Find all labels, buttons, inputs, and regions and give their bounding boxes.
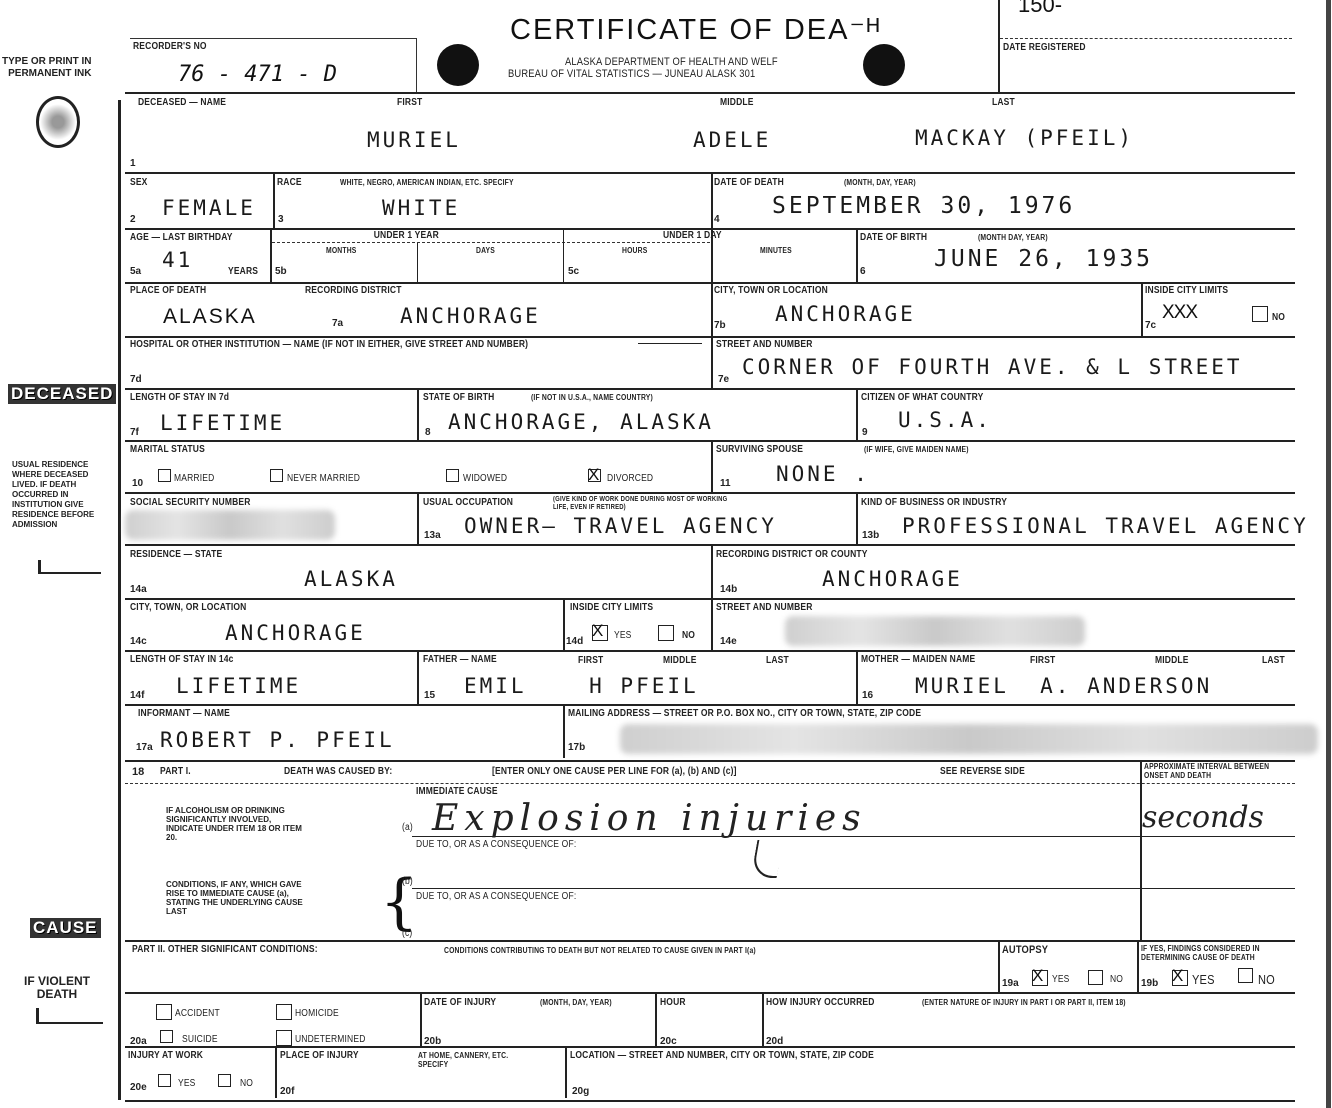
violent-death-label: IF VIOLENT DEATH [12,975,102,1001]
seal-stamp-icon [36,96,80,148]
under-year-label: UNDER 1 YEAR [374,230,439,241]
item-number: 7b [714,320,726,331]
cause-a-interval: seconds [1142,800,1264,835]
business-value: PROFESSIONAL TRAVEL AGENCY [902,514,1309,538]
under-day-label: UNDER 1 DAY [663,230,722,241]
residence-city-label: CITY, TOWN, OR LOCATION [130,602,246,613]
certificate-title: CERTIFICATE OF DEA⁻ᴴ [510,12,881,47]
divider [125,992,1295,994]
divider [125,650,1295,652]
divider [711,546,713,598]
item-number: 3 [278,214,284,225]
item-number: 4 [714,214,720,225]
due-to-label: DUE TO, OR AS A CONSEQUENCE OF: [416,839,576,850]
item-number: 5a [130,266,141,277]
punch-hole-icon [863,44,905,86]
interval-label: APPROXIMATE INTERVAL BETWEEN ONSET AND D… [1144,762,1289,780]
race-hint: WHITE, NEGRO, AMERICAN INDIAN, ETC. SPEC… [340,178,514,187]
divider [125,492,1295,494]
father-last-label: LAST [766,655,789,666]
widowed-label: WIDOWED [463,473,507,484]
item-number: 7a [332,318,343,329]
date-registered-label: DATE REGISTERED [1003,42,1086,53]
accident-label: ACCIDENT [175,1008,220,1019]
mailing-address-label: MAILING ADDRESS — STREET OR P.O. BOX NO.… [568,708,921,719]
sex-value: FEMALE [162,196,256,220]
sex-label: SEX [130,177,148,188]
divider [125,760,1295,762]
divider [565,1048,567,1098]
citizen-value: U.S.A. [898,408,992,432]
father-first-label: FIRST [578,655,603,666]
divorced-label: DIVORCED [607,473,653,484]
arrow-right-icon [36,1008,103,1024]
divider [711,284,713,336]
cause-b-label: (b) [402,876,413,887]
mother-name-value: MURIEL A. ANDERSON [915,674,1212,698]
due-to-label: DUE TO, OR AS A CONSEQUENCE OF: [416,891,576,902]
marital-status-label: MARITAL STATUS [130,444,205,455]
injury-date-hint: (MONTH, DAY, YEAR) [540,998,612,1007]
item-number: 10 [132,478,143,489]
divider [125,1100,1295,1102]
middle-name-value: ADELE [693,128,771,152]
item-number: 7d [130,374,142,385]
divider [711,442,713,492]
recorder-number-label: RECORDER'S NO [133,41,207,52]
no-option-label: NO [1258,972,1275,987]
arrow-right-icon [638,343,702,344]
item-number: 13a [424,530,441,541]
injury-date-label: DATE OF INJURY [424,997,496,1008]
divider [125,282,1295,284]
days-label: DAYS [476,246,495,255]
length-of-stay-label: LENGTH OF STAY IN 7d [130,392,229,403]
months-label: MONTHS [326,246,356,255]
suicide-checkbox[interactable] [160,1030,173,1043]
place-of-injury-hint: AT HOME, CANNERY, ETC. SPECIFY [418,1051,537,1069]
state-of-birth-label: STATE OF BIRTH [423,392,494,403]
item-number: 18 [132,766,144,778]
item-number: 1 [130,158,136,169]
hours-label: HOURS [622,246,647,255]
last-name-label: LAST [992,97,1015,108]
yes-option-label: YES [178,1078,196,1089]
occupation-value: OWNER— TRAVEL AGENCY [464,514,777,538]
item-number: 8 [425,427,431,438]
race-value: WHITE [382,196,460,220]
divider [417,243,418,282]
item-number: 11 [720,478,731,489]
item-number: 17b [568,742,585,753]
hour-label: HOUR [660,997,686,1008]
divider [563,230,564,282]
last-name-value: MACKAY (PFEIL) [915,126,1134,150]
how-injury-hint: (ENTER NATURE OF INJURY IN PART I OR PAR… [922,998,1126,1007]
ink-instruction: TYPE OR PRINT IN PERMANENT INK [2,56,91,80]
middle-name-label: MIDDLE [720,97,754,108]
cause-a-value: Explosion injuries [432,798,867,839]
divider [125,704,1295,706]
date-of-death-label: DATE OF DEATH [714,177,784,188]
item-number: 15 [424,690,435,701]
mother-first-label: FIRST [1030,655,1055,666]
ink-instruction-line-1: TYPE OR PRINT IN [2,56,91,68]
residence-note: USUAL RESIDENCE WHERE DECEASED LIVED. IF… [12,460,108,530]
punch-hole-icon [437,44,479,86]
item-number: 19a [1002,978,1019,989]
state-of-birth-hint: (IF NOT IN U.S.A., NAME COUNTRY) [531,393,653,402]
item-number: 20g [572,1086,589,1097]
name-label: DECEASED — NAME [138,97,226,108]
father-middle-label: MIDDLE [663,655,697,666]
findings-yes-checkbox[interactable] [1172,970,1188,986]
undetermined-checkbox[interactable] [276,1030,292,1046]
divider [275,1048,277,1098]
surviving-spouse-label: SURVIVING SPOUSE [716,444,803,455]
injury-at-work-yes-checkbox[interactable] [158,1074,171,1087]
immediate-cause-label: IMMEDIATE CAUSE [416,786,498,797]
mother-label: MOTHER — MAIDEN NAME [861,654,975,665]
date-of-birth-hint: (MONTH DAY, YEAR) [978,233,1048,242]
item-number: 14d [566,636,583,647]
findings-no-checkbox[interactable] [1238,968,1253,983]
how-injury-label: HOW INJURY OCCURRED [766,997,875,1008]
yes-option-label: YES [1192,972,1215,987]
divider [417,390,419,440]
yes-option-label: YES [1052,974,1070,985]
item-number: 14c [130,636,147,647]
mother-last-label: LAST [1262,655,1285,666]
divider [856,494,858,544]
divider [1140,760,1142,940]
item-number: 20e [130,1082,147,1093]
residence-inside-no-checkbox[interactable] [658,625,674,641]
item-number: 14b [720,584,737,595]
divider [762,994,764,1046]
item-number: 14a [130,584,147,595]
suicide-label: SUICIDE [182,1034,218,1045]
length-of-stay-value: LIFETIME [160,411,285,435]
business-label: KIND OF BUSINESS OR INDUSTRY [861,497,1007,508]
location-label: LOCATION — STREET AND NUMBER, CITY OR TO… [570,1050,874,1061]
divider [125,172,1295,174]
item-number: 5b [275,266,287,277]
divider [270,230,272,282]
residence-district-value: ANCHORAGE [822,567,963,591]
divider [563,600,565,650]
alcohol-note: IF ALCOHOLISM OR DRINKING SIGNIFICANTLY … [166,806,306,842]
age-label: AGE — LAST BIRTHDAY [130,232,233,243]
race-label: RACE [277,177,302,188]
cause-a-label: (a) [402,822,413,833]
divider [856,652,858,704]
item-number: 16 [862,690,873,701]
divider [125,336,1295,338]
age-value: 41 [162,248,193,272]
divider [272,242,710,243]
age-unit: YEARS [228,266,258,277]
married-checkbox[interactable] [158,469,171,482]
divider [1137,942,1139,992]
homicide-checkbox[interactable] [276,1004,292,1020]
arrow-right-icon [38,560,101,574]
residence-street-label: STREET AND NUMBER [716,602,813,613]
divider [1141,284,1143,336]
divider [125,1046,1295,1048]
widowed-checkbox[interactable] [446,469,459,482]
deceased-section-tab: DECEASED [8,384,116,404]
residence-district-label: RECORDING DISTRICT OR COUNTY [716,549,868,560]
item-number: 6 [860,266,866,277]
citizen-label: CITIZEN OF WHAT COUNTRY [861,392,983,403]
informant-label: INFORMANT — NAME [138,708,230,719]
residence-city-value: ANCHORAGE [225,621,366,645]
item-number: 2 [130,214,136,225]
occupation-hint: (GIVE KIND OF WORK DONE DURING MOST OF W… [553,496,740,512]
recording-district-label: RECORDING DISTRICT [305,285,402,296]
autopsy-no-checkbox[interactable] [1088,970,1103,985]
divider [273,174,275,228]
homicide-label: HOMICIDE [295,1008,339,1019]
divider [998,942,1000,992]
item-number: 7c [1145,320,1156,331]
date-of-death-hint: (MONTH, DAY, YEAR) [844,178,916,187]
divider [563,706,565,758]
conditions-note: CONDITIONS, IF ANY, WHICH GAVE RISE TO I… [166,880,316,916]
divorced-checkbox[interactable] [588,469,601,482]
cause-instruction: [ENTER ONLY ONE CAUSE PER LINE FOR (a), … [492,766,737,777]
inside-city-limits-label: INSIDE CITY LIMITS [1145,285,1228,296]
department-line: ALASKA DEPARTMENT OF HEALTH AND WELF [565,56,778,68]
bureau-line: BUREAU OF VITAL STATISTICS — JUNEAU ALAS… [508,68,755,80]
no-option-label: NO [682,630,695,641]
divider [412,888,1295,889]
city-label: CITY, TOWN OR LOCATION [714,285,828,296]
father-label: FATHER — NAME [423,654,497,665]
divider [711,600,713,650]
residence-state-value: ALASKA [304,567,398,591]
left-border [118,100,121,1100]
married-label: MARRIED [174,473,214,484]
residence-stay-value: LIFETIME [176,674,301,698]
mailing-address-redacted [620,724,1318,754]
right-border [1326,0,1331,1108]
ssn-redacted [125,510,335,540]
divider [1000,38,1292,39]
mother-middle-label: MIDDLE [1155,655,1189,666]
cert-number-divider [998,0,1000,92]
divider [125,940,1295,942]
place-of-injury-label: PLACE OF INJURY [280,1050,359,1061]
hospital-label: HOSPITAL OR OTHER INSTITUTION — NAME (IF… [130,339,528,350]
residence-street-redacted [785,616,1085,646]
divider [412,836,1295,837]
cause-section-tab: CAUSE [30,918,101,938]
autopsy-yes-checkbox[interactable] [1032,970,1048,986]
ink-instruction-line-2: PERMANENT INK [2,68,91,80]
divider [125,783,1295,784]
recording-district-value: ANCHORAGE [400,304,541,328]
date-of-birth-label: DATE OF BIRTH [860,232,927,243]
first-name-label: FIRST [397,97,422,108]
residence-state-label: RESIDENCE — STATE [130,549,222,560]
divider [417,494,419,544]
inside-city-no-checkbox[interactable] [1252,306,1268,322]
item-number: 13b [862,530,879,541]
part-1-label: PART I. [160,766,191,777]
residence-inside-label: INSIDE CITY LIMITS [570,602,653,613]
divider [125,440,1295,442]
divider [856,390,858,440]
item-number: 17a [136,742,153,753]
father-name-value: EMIL H PFEIL [464,674,699,698]
findings-label: IF YES, FINDINGS CONSIDERED IN DETERMINI… [1141,944,1290,962]
item-number: 7f [130,427,139,438]
occupation-label: USUAL OCCUPATION [423,497,513,508]
divider [125,544,1295,546]
divider [417,652,419,704]
city-value: ANCHORAGE [775,302,916,326]
injury-at-work-no-checkbox[interactable] [218,1074,231,1087]
divider [655,994,657,1046]
state-of-birth-value: ANCHORAGE, ALASKA [448,410,714,434]
divider [420,994,422,1046]
divider [856,230,858,282]
checkmark-icon [751,840,784,878]
first-name-value: MURIEL [367,128,461,152]
item-number: 7e [718,374,729,385]
item-number: 14e [720,636,737,647]
date-of-birth-value: JUNE 26, 1935 [934,246,1153,272]
surviving-spouse-hint: (IF WIFE, GIVE MAIDEN NAME) [864,445,969,454]
item-number: 9 [862,427,868,438]
part-2-label: PART II. OTHER SIGNIFICANT CONDITIONS: [132,944,318,955]
death-caused-by-label: DEATH WAS CAUSED BY: [284,766,392,777]
no-option-label: NO [1110,974,1123,985]
informant-value: ROBERT P. PFEIL [160,728,395,752]
place-of-death-label: PLACE OF DEATH [130,285,206,296]
place-of-death-value: ALASKA [163,305,257,329]
see-reverse-label: SEE REVERSE SIDE [940,766,1025,777]
yes-option-label: YES [614,630,632,641]
never-married-label: NEVER MARRIED [287,473,360,484]
surviving-spouse-value: NONE . [776,462,870,486]
residence-inside-yes-checkbox[interactable] [592,625,608,641]
minutes-label: MINUTES [760,246,792,255]
item-number: 20f [280,1086,294,1097]
item-number: 14f [130,690,144,701]
undetermined-label: UNDETERMINED [295,1034,366,1045]
no-option-label: NO [1272,312,1285,323]
certificate-number: 150- [1018,0,1062,18]
recorder-number-value: 76 - 471 - D [178,62,337,87]
item-number: 5c [568,266,579,277]
accident-checkbox[interactable] [156,1004,172,1020]
autopsy-label: AUTOPSY [1002,944,1048,956]
cause-c-label: (c) [402,928,412,939]
residence-stay-label: LENGTH OF STAY IN 14c [130,654,234,665]
never-married-checkbox[interactable] [270,469,283,482]
inside-city-yes-checkbox[interactable]: XXX [1162,302,1197,324]
street-label: STREET AND NUMBER [716,339,813,350]
divider [711,338,713,388]
item-number: 19b [1141,978,1158,989]
divider [125,598,1295,600]
street-value: CORNER OF FOURTH AVE. & L STREET [742,355,1243,379]
divider [125,388,1295,390]
part-2-hint: CONDITIONS CONTRIBUTING TO DEATH BUT NOT… [444,946,756,955]
no-option-label: NO [240,1078,253,1089]
ssn-label: SOCIAL SECURITY NUMBER [130,497,251,508]
divider [125,92,1295,94]
date-of-death-value: SEPTEMBER 30, 1976 [772,193,1075,219]
injury-at-work-label: INJURY AT WORK [128,1050,203,1061]
